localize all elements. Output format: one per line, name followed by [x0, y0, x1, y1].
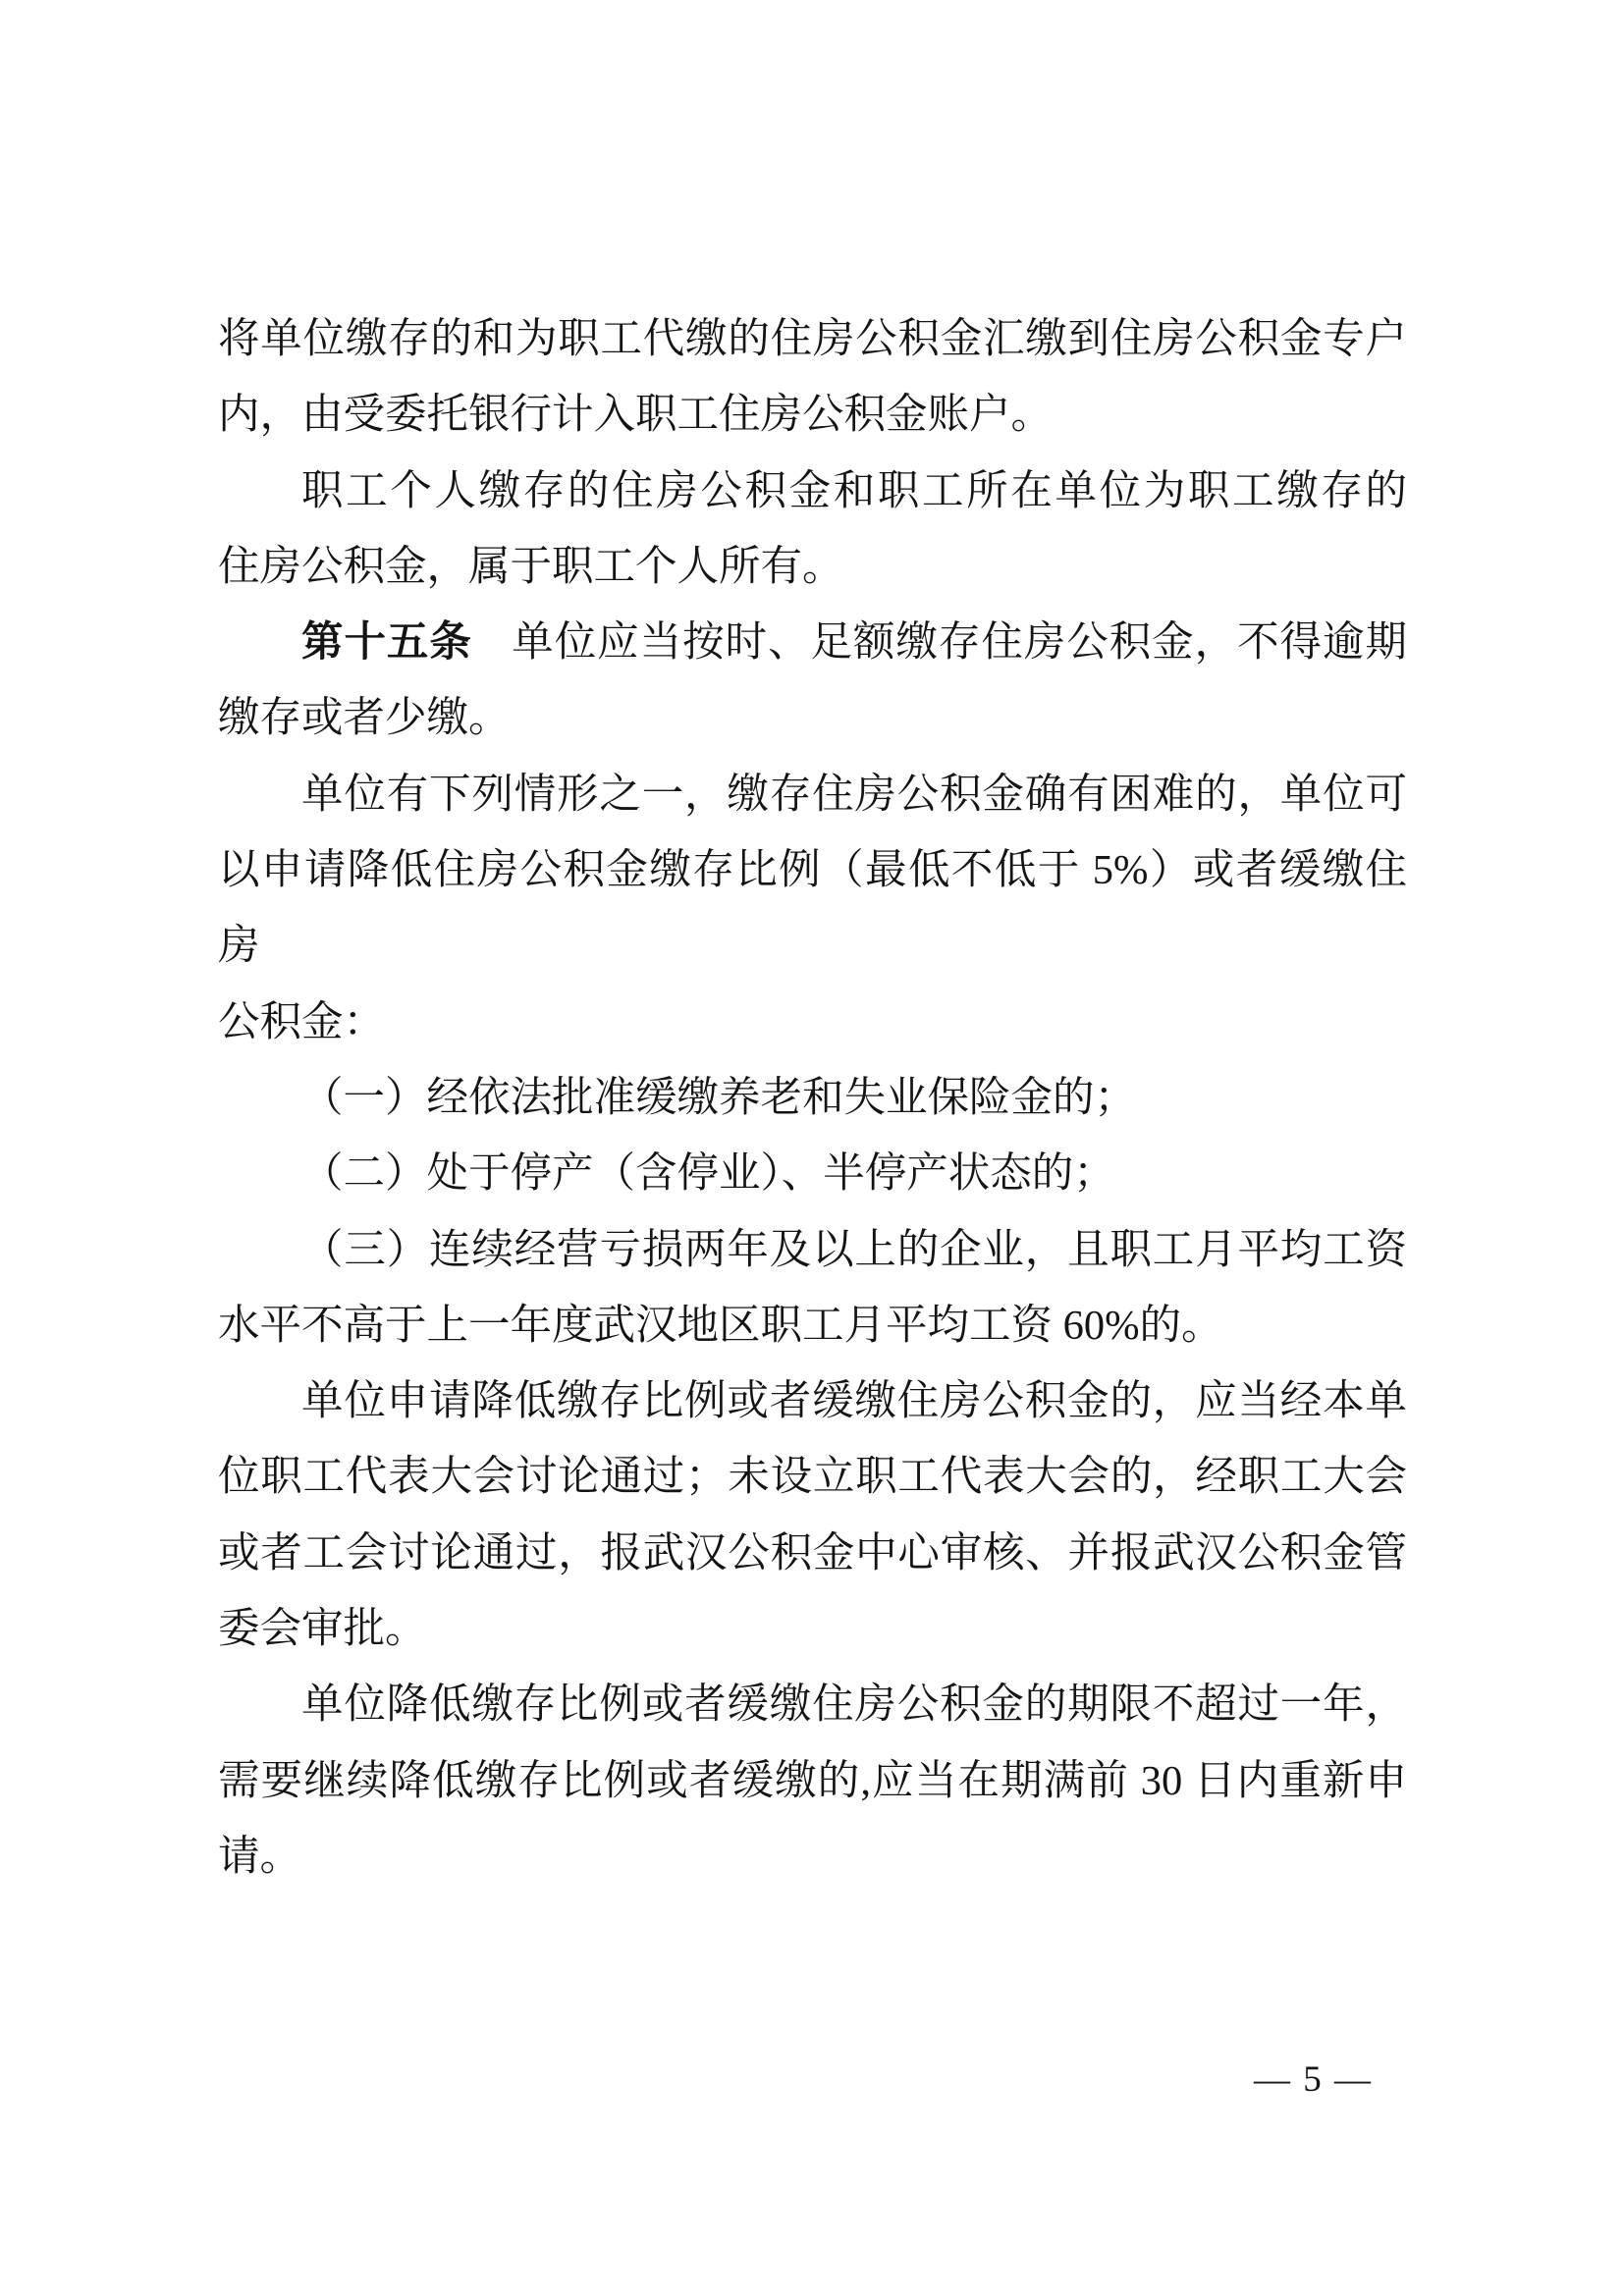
text-line-7: 单位有下列情形之一，缴存住房公积金确有困难的，单位可	[218, 757, 1407, 832]
text-line-14: 单位申请降低缴存比例或者缓缴住房公积金的，应当经本单	[218, 1363, 1407, 1439]
text-line-15: 位职工代表大会讨论通过；未设立职工代表大会的，经职工大会	[218, 1439, 1407, 1515]
text-line-8: 以申请降低住房公积金缴存比例（最低不低于 5%）或者缓缴住房	[218, 832, 1407, 985]
text-line-6: 缴存或者少缴。	[218, 680, 1407, 756]
text-line-3: 职工个人缴存的住房公积金和职工所在单位为职工缴存的	[218, 454, 1407, 529]
text-line-19: 需要继续降低缴存比例或者缓缴的,应当在期满前 30 日内重新申	[218, 1743, 1407, 1819]
article-number: 第十五条	[301, 619, 472, 666]
article-15-line: 第十五条单位应当按时、足额缴存住房公积金，不得逾期	[218, 605, 1407, 680]
list-item-one: （一）经依法批准缓缴养老和失业保险金的；	[218, 1060, 1407, 1136]
text-line-17: 委会审批。	[218, 1591, 1407, 1667]
text-line-4: 住房公积金，属于职工个人所有。	[218, 529, 1407, 605]
page-number: — 5 —	[1254, 2058, 1373, 2102]
text-line-1: 将单位缴存的和为职工代缴的住房公积金汇缴到住房公积金专户	[218, 301, 1407, 377]
text-line-13: 水平不高于上一年度武汉地区职工月平均工资 60%的。	[218, 1288, 1407, 1363]
list-item-two: （二）处于停产（含停业）、半停产状态的；	[218, 1136, 1407, 1211]
list-item-three: （三）连续经营亏损两年及以上的企业，且职工月平均工资	[218, 1212, 1407, 1288]
document-body: 将单位缴存的和为职工代缴的住房公积金汇缴到住房公积金专户 内，由受委托银行计入职…	[218, 301, 1407, 1895]
document-page: 将单位缴存的和为职工代缴的住房公积金汇缴到住房公积金专户 内，由受委托银行计入职…	[0, 0, 1623, 2296]
article-15-text: 单位应当按时、足额缴存住房公积金，不得逾期	[512, 619, 1407, 666]
text-line-18: 单位降低缴存比例或者缓缴住房公积金的期限不超过一年，	[218, 1667, 1407, 1742]
text-line-2: 内，由受委托银行计入职工住房公积金账户。	[218, 377, 1407, 453]
text-line-16: 或者工会讨论通过，报武汉公积金中心审核、并报武汉公积金管	[218, 1516, 1407, 1591]
text-line-20: 请。	[218, 1819, 1407, 1895]
text-line-9: 公积金：	[218, 985, 1407, 1060]
